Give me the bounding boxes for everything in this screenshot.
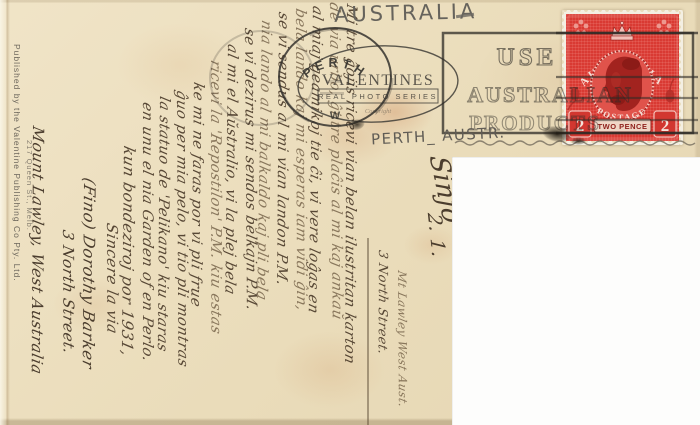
- perforation-edge: [562, 10, 683, 14]
- slogan-line1: USE: [497, 44, 558, 71]
- postcard-back: Published by the Valentine Publishing Co…: [0, 0, 700, 425]
- slogan-line2: AUSTRALIAN: [467, 82, 632, 107]
- handwriting-divider-region: Mt Lawley West Aust.: [395, 269, 409, 422]
- address-divider-line: [367, 238, 369, 425]
- handwriting-line: ĝuo per mia pelo, vi tio pli montras: [172, 88, 190, 418]
- handwriting-signature: (Fino) Dorothy Barker: [79, 176, 98, 420]
- handwriting-signature-region: Mount Lawley, West Australia: [27, 125, 46, 422]
- postmark-state-letter: W: [330, 110, 341, 122]
- handwriting-signature-street: 3 North Street.: [59, 229, 77, 422]
- handwriting-divider-street: 3 North Street.: [376, 249, 390, 422]
- handwriting-line: en unu el nia Garden of en Perlo.: [138, 100, 154, 418]
- handwriting-line: Sincere la via: [103, 222, 120, 415]
- pencil-annotation-top: AUSTRALIA: [334, 0, 478, 27]
- publisher-imprint: Published by the Valentine Publishing Co…: [12, 44, 22, 344]
- handwriting-line: la statuo de 'Pelikano' kiu staras: [152, 94, 171, 418]
- blanked-address-area: [452, 157, 700, 425]
- perth-datestamp: PERTH W: [200, 20, 420, 140]
